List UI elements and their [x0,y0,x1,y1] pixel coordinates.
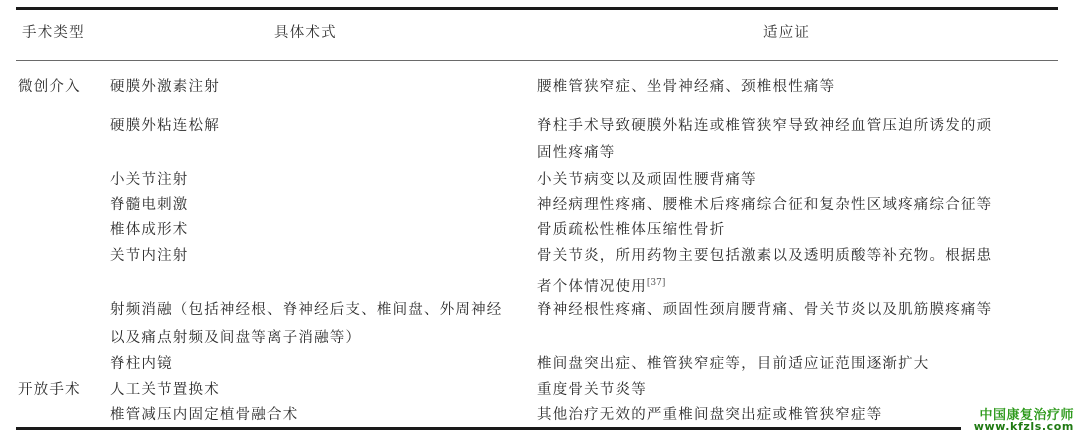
indication-cell: 脊柱手术导致硬膜外粘连或椎管狭窄导致神经血管压迫所诱发的顽 [537,117,992,135]
table-top-rule [16,7,1058,10]
indication-cell: 脊神经根性疼痛、顽固性颈肩腰背痛、骨关节炎以及肌筋膜疼痛等 [537,301,992,319]
indication-cell: 其他治疗无效的严重椎间盘突出症或椎管狭窄症等 [537,406,882,424]
procedure-cell: 射频消融（包括神经根、脊神经后支、椎间盘、外周神经 [110,301,503,319]
indication-cell: 重度骨关节炎等 [537,381,647,399]
category-cell: 开放手术 [18,381,81,399]
indication-cell-continued: 固性疼痛等 [537,144,616,162]
procedure-cell: 椎管减压内固定植骨融合术 [110,406,298,424]
procedure-cell: 脊柱内镜 [110,355,173,373]
table-bottom-rule [16,427,961,430]
citation-reference: [37] [647,278,665,288]
table-header-rule [16,60,1058,61]
procedure-cell: 硬膜外粘连松解 [110,117,220,135]
indication-cell: 骨关节炎，所用药物主要包括激素以及透明质酸等补充物。根据患 [537,247,992,265]
indication-cell: 神经病理性疼痛、腰椎术后疼痛综合征和复杂性区域疼痛综合征等 [537,196,992,214]
indication-cell-continued: 者个体情况使用[37] [537,274,665,296]
procedure-cell: 关节内注射 [110,247,189,265]
indication-cell: 腰椎管狭窄症、坐骨神经痛、颈椎根性痛等 [537,78,835,96]
procedure-cell: 小关节注射 [110,171,189,189]
procedure-cell: 脊髓电刺激 [110,196,189,214]
watermark-url: www.kfzls.com [974,420,1074,433]
procedure-cell-continued: 以及痛点射频及间盘等离子消融等） [110,329,361,347]
header-procedure: 具体术式 [274,24,337,42]
header-surgery-type: 手术类型 [22,24,85,42]
indication-cell: 小关节病变以及顽固性腰背痛等 [537,171,757,189]
indication-cell: 骨质疏松性椎体压缩性骨折 [537,221,725,239]
indication-text: 者个体情况使用 [537,279,647,295]
procedure-cell: 椎体成形术 [110,221,189,239]
header-indication: 适应证 [763,24,810,42]
procedure-cell: 人工关节置换术 [110,381,220,399]
procedure-cell: 硬膜外激素注射 [110,78,220,96]
indication-cell: 椎间盘突出症、椎管狭窄症等，目前适应证范围逐渐扩大 [537,355,930,373]
category-cell: 微创介入 [18,78,81,96]
